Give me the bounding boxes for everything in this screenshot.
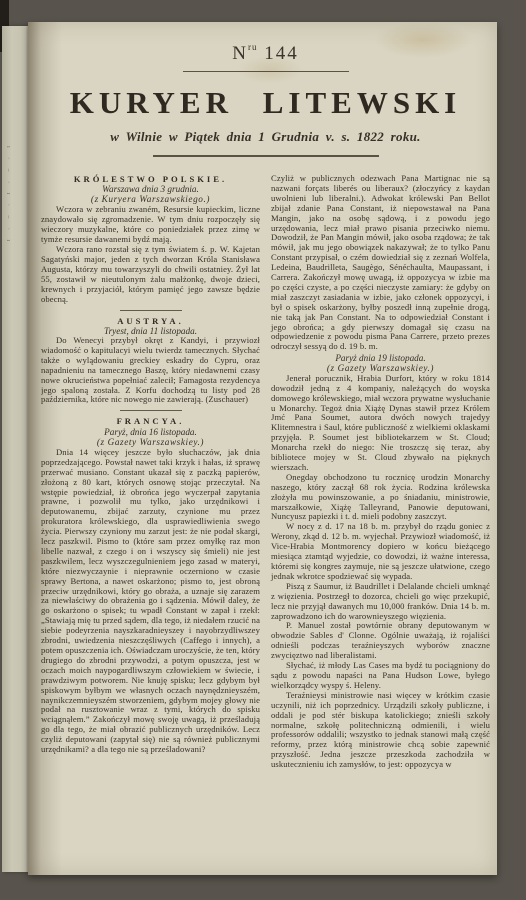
news-paragraph: P. Manuel został powtórnie obrany deputo… [271, 621, 490, 661]
section-austrya: AUSTRYA. Tryest, dnia 11 listopada. Do W… [41, 316, 260, 406]
news-paragraph: Dnia 14 więcey jeszcze było słuchaczów, … [41, 448, 260, 755]
news-paragraph: W nocy z d. 17 na 18 b. m. przybył do rz… [271, 522, 490, 581]
section-dateline: Paryż, dnia 16 listopada. [41, 427, 260, 437]
news-paragraph: Do Wenecyi przybył okręt z Kandyi, i prz… [41, 336, 260, 405]
section-dateline: Warszawa dnia 3 grudnia. [41, 184, 260, 194]
section-source: (z Gazety Warszawskiey.) [271, 363, 490, 373]
issue-superscript: ru [248, 42, 258, 52]
adjacent-page-edge: ı · ‒ · ı · ‒ · ı [2, 26, 30, 872]
section-dateline: Paryż dnia 19 listopada. [271, 353, 490, 363]
news-paragraph: Onegday obchodzono tu rocznicę urodzin M… [271, 473, 490, 523]
news-paragraph: Teraźnieysi ministrowie nasi więcey w kr… [271, 691, 490, 770]
news-paragraph-continuation: Czyliż w publicznych odezwach Pana Marti… [271, 174, 490, 352]
section-header: KRÓLESTWO POLSKIE. [41, 174, 260, 184]
news-column-right: Czyliż w publicznych odezwach Pana Marti… [271, 174, 490, 829]
news-paragraph: Piszą z Saumur, iż Baudrillet i Delaland… [271, 582, 490, 622]
news-paragraph: Słychać, iż młody Las Cases ma bydź tu p… [271, 661, 490, 691]
issue-number: Nru 144 [41, 42, 490, 65]
news-paragraph: Wczora rano rozstał się z tym światem ś.… [41, 245, 260, 304]
section-divider [120, 310, 182, 311]
section-source: (z Kuryera Warszawskiego.) [41, 194, 260, 204]
section-source: (z Gazety Warszawskiey.) [41, 437, 260, 447]
news-columns: KRÓLESTWO POLSKIE. Warszawa dnia 3 grudn… [41, 174, 490, 829]
section-header: AUSTRYA. [41, 316, 260, 326]
news-column-left: KRÓLESTWO POLSKIE. Warszawa dnia 3 grudn… [41, 174, 260, 829]
news-paragraph: Jenerał porucznik, Hrabia Durfort, który… [271, 374, 490, 473]
newspaper-page: Nru 144 KURYER LITEWSKI w Wilnie w Piąte… [28, 22, 497, 875]
section-header: FRANCYA. [41, 416, 260, 426]
adjacent-page-text-fragments: ı · ‒ · ı · ‒ · ı [2, 146, 11, 245]
masthead-rule-bottom [153, 155, 379, 157]
issue-prefix: N [232, 43, 248, 64]
masthead-rule-top [183, 71, 349, 72]
masthead-dateline: w Wilnie w Piątek dnia 1 Grudnia v. s. 1… [41, 129, 490, 145]
masthead: Nru 144 KURYER LITEWSKI w Wilnie w Piąte… [41, 42, 490, 157]
news-paragraph: Wczora w zebraniu zwaném, Resursie kupie… [41, 205, 260, 245]
issue-value: 144 [264, 43, 299, 64]
masthead-title: KURYER LITEWSKI [41, 85, 490, 121]
section-krolestwo-polskie: KRÓLESTWO POLSKIE. Warszawa dnia 3 grudn… [41, 174, 260, 305]
section-francya: FRANCYA. Paryż, dnia 16 listopada. (z Ga… [41, 416, 260, 755]
section-divider [120, 410, 182, 411]
photo-background: ı · ‒ · ı · ‒ · ı Nru 144 KURYER LITEWSK… [0, 0, 526, 900]
